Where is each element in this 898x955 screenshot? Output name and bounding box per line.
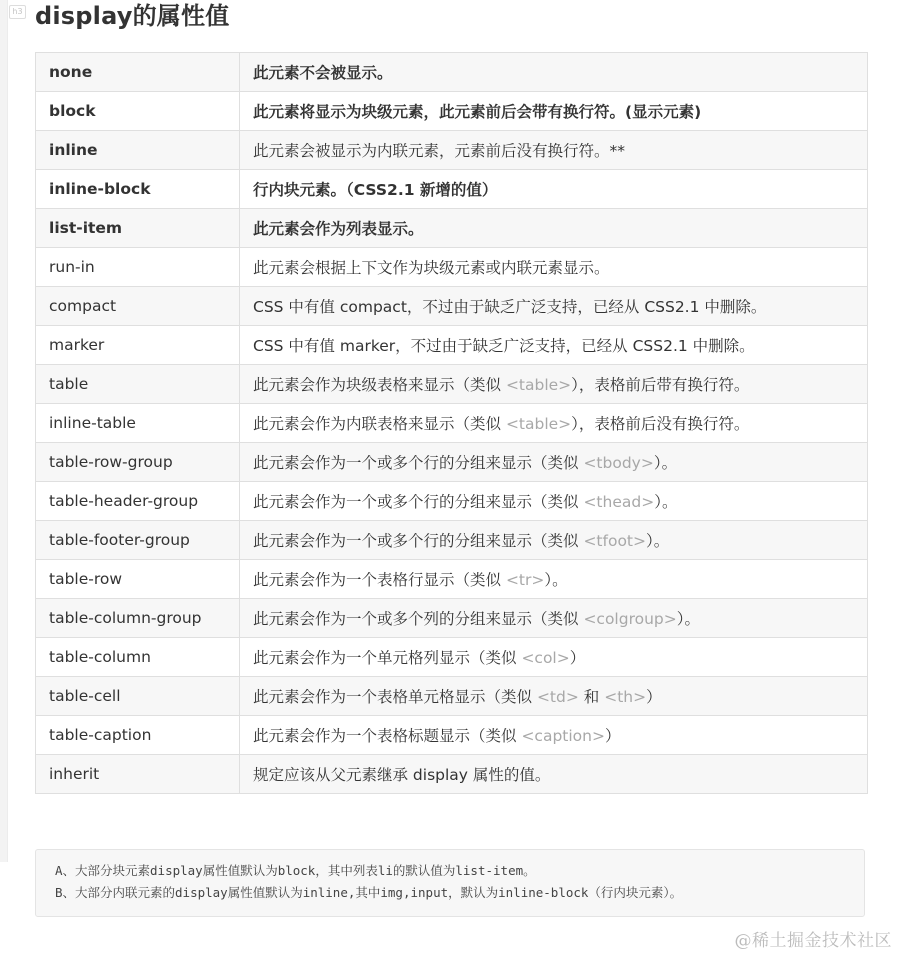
table-row: table-column-group此元素会作为一个或多个列的分组来显示（类似 … <box>36 599 868 638</box>
description-cell: 此元素会作为内联表格来显示（类似 <table>），表格前后没有换行符。 <box>240 404 868 443</box>
description-cell: 此元素会作为一个或多个行的分组来显示（类似 <thead>）。 <box>240 482 868 521</box>
html-tag-text: <table> <box>506 415 571 433</box>
display-values-table: none此元素不会被显示。block此元素将显示为块级元素，此元素前后会带有换行… <box>35 52 868 794</box>
description-text: 此元素不会被显示。 <box>253 64 393 82</box>
table-row: inline-block行内块元素。（CSS2.1 新增的值） <box>36 170 868 209</box>
html-tag-text: <th> <box>604 688 646 706</box>
description-cell: 此元素会作为列表显示。 <box>240 209 868 248</box>
description-text: 此元素会作为块级表格来显示（类似 <box>253 376 506 394</box>
description-cell: 此元素会作为一个或多个行的分组来显示（类似 <tfoot>）。 <box>240 521 868 560</box>
table-row: compactCSS 中有值 compact，不过由于缺乏广泛支持，已经从 CS… <box>36 287 868 326</box>
left-gutter-strip <box>0 0 8 862</box>
table-row: list-item此元素会作为列表显示。 <box>36 209 868 248</box>
description-text: ） <box>570 649 586 667</box>
description-cell: 行内块元素。（CSS2.1 新增的值） <box>240 170 868 209</box>
display-value-cell: table-caption <box>36 716 240 755</box>
description-text: 此元素会被显示为内联元素，元素前后没有换行符。** <box>253 142 625 160</box>
description-cell: 此元素不会被显示。 <box>240 53 868 92</box>
table-row: none此元素不会被显示。 <box>36 53 868 92</box>
html-tag-text: <td> <box>537 688 579 706</box>
table-row: table-row此元素会作为一个表格行显示（类似 <tr>）。 <box>36 560 868 599</box>
table-row: table-header-group此元素会作为一个或多个行的分组来显示（类似 … <box>36 482 868 521</box>
description-text: ）。 <box>654 454 677 472</box>
table-row: table-caption此元素会作为一个表格标题显示（类似 <caption>… <box>36 716 868 755</box>
html-tag-text: <tr> <box>506 571 544 589</box>
description-cell: 此元素会作为一个单元格列显示（类似 <col>） <box>240 638 868 677</box>
table-row: block此元素将显示为块级元素，此元素前后会带有换行符。(显示元素) <box>36 92 868 131</box>
description-text: ），表格前后带有换行符。 <box>571 376 749 394</box>
description-cell: 规定应该从父元素继承 display 属性的值。 <box>240 755 868 794</box>
watermark: @稀土掘金技术社区 <box>735 926 893 951</box>
html-tag-text: <tfoot> <box>583 532 646 550</box>
page-title: display的属性值 <box>35 0 229 32</box>
description-cell: 此元素会作为块级表格来显示（类似 <table>），表格前后带有换行符。 <box>240 365 868 404</box>
heading-level-badge: h3 <box>9 5 26 19</box>
description-text: 此元素会根据上下文作为块级元素或内联元素显示。 <box>253 259 610 277</box>
display-value-cell: marker <box>36 326 240 365</box>
description-cell: 此元素会作为一个表格行显示（类似 <tr>）。 <box>240 560 868 599</box>
description-cell: 此元素会作为一个表格单元格显示（类似 <td> 和 <th>） <box>240 677 868 716</box>
display-value-cell: none <box>36 53 240 92</box>
description-text: 规定应该从父元素继承 display 属性的值。 <box>253 766 550 784</box>
table-row: run-in此元素会根据上下文作为块级元素或内联元素显示。 <box>36 248 868 287</box>
description-text: ），表格前后没有换行符。 <box>571 415 749 433</box>
table-row: inline此元素会被显示为内联元素，元素前后没有换行符。** <box>36 131 868 170</box>
html-tag-text: <caption> <box>521 727 605 745</box>
description-cell: 此元素会根据上下文作为块级元素或内联元素显示。 <box>240 248 868 287</box>
display-value-cell: inline-table <box>36 404 240 443</box>
description-cell: CSS 中有值 marker，不过由于缺乏广泛支持，已经从 CSS2.1 中删除… <box>240 326 868 365</box>
description-text: ）。 <box>677 610 700 628</box>
table-body: none此元素不会被显示。block此元素将显示为块级元素，此元素前后会带有换行… <box>36 53 868 794</box>
description-text: 此元素会作为一个表格行显示（类似 <box>253 571 506 589</box>
description-text: 此元素会作为一个或多个行的分组来显示（类似 <box>253 532 583 550</box>
display-value-cell: table-row <box>36 560 240 599</box>
description-text: ）。 <box>654 493 677 511</box>
table-row: table-footer-group此元素会作为一个或多个行的分组来显示（类似 … <box>36 521 868 560</box>
html-tag-text: <table> <box>506 376 571 394</box>
html-tag-text: <tbody> <box>583 454 653 472</box>
description-text: 此元素会作为一个或多个行的分组来显示（类似 <box>253 454 583 472</box>
description-text: 和 <box>579 688 604 706</box>
description-text: 此元素会作为一个表格标题显示（类似 <box>253 727 521 745</box>
display-value-cell: run-in <box>36 248 240 287</box>
display-value-cell: table-header-group <box>36 482 240 521</box>
description-cell: 此元素会作为一个或多个列的分组来显示（类似 <colgroup>）。 <box>240 599 868 638</box>
display-value-cell: inline-block <box>36 170 240 209</box>
description-text: 行内块元素。（CSS2.1 新增的值） <box>253 181 497 199</box>
description-text: ）。 <box>544 571 567 589</box>
html-tag-text: <thead> <box>583 493 654 511</box>
display-value-cell: table-column-group <box>36 599 240 638</box>
description-cell: 此元素会作为一个或多个行的分组来显示（类似 <tbody>）。 <box>240 443 868 482</box>
display-value-cell: table <box>36 365 240 404</box>
display-value-cell: compact <box>36 287 240 326</box>
table-row: table-cell此元素会作为一个表格单元格显示（类似 <td> 和 <th>… <box>36 677 868 716</box>
description-cell: CSS 中有值 compact，不过由于缺乏广泛支持，已经从 CSS2.1 中删… <box>240 287 868 326</box>
note-code-block: A、大部分块元素display属性值默认为block，其中列表li的默认值为li… <box>35 849 865 917</box>
description-text: 此元素会作为一个表格单元格显示（类似 <box>253 688 537 706</box>
description-text: CSS 中有值 compact，不过由于缺乏广泛支持，已经从 CSS2.1 中删… <box>253 298 766 316</box>
display-value-cell: block <box>36 92 240 131</box>
display-value-cell: table-column <box>36 638 240 677</box>
description-cell: 此元素会作为一个表格标题显示（类似 <caption>） <box>240 716 868 755</box>
table-row: table-column此元素会作为一个单元格列显示（类似 <col>） <box>36 638 868 677</box>
display-value-cell: table-cell <box>36 677 240 716</box>
html-tag-text: <colgroup> <box>583 610 676 628</box>
display-value-cell: list-item <box>36 209 240 248</box>
table-row: inline-table此元素会作为内联表格来显示（类似 <table>），表格… <box>36 404 868 443</box>
note-line-a: A、大部分块元素display属性值默认为block，其中列表li的默认值为li… <box>55 860 864 882</box>
note-line-b: B、大部分内联元素的display属性值默认为inline,其中img,inpu… <box>55 882 864 904</box>
description-text: 此元素会作为内联表格来显示（类似 <box>253 415 506 433</box>
description-text: CSS 中有值 marker，不过由于缺乏广泛支持，已经从 CSS2.1 中删除… <box>253 337 755 355</box>
html-tag-text: <col> <box>521 649 569 667</box>
display-value-cell: inherit <box>36 755 240 794</box>
description-text: 此元素会作为一个单元格列显示（类似 <box>253 649 521 667</box>
description-text: ）。 <box>646 532 669 550</box>
description-text: 此元素将显示为块级元素，此元素前后会带有换行符。(显示元素) <box>253 103 701 121</box>
table-row: markerCSS 中有值 marker，不过由于缺乏广泛支持，已经从 CSS2… <box>36 326 868 365</box>
description-text: ） <box>605 727 621 745</box>
display-value-cell: table-footer-group <box>36 521 240 560</box>
description-cell: 此元素将显示为块级元素，此元素前后会带有换行符。(显示元素) <box>240 92 868 131</box>
description-text: 此元素会作为一个或多个列的分组来显示（类似 <box>253 610 583 628</box>
table-row: table-row-group此元素会作为一个或多个行的分组来显示（类似 <tb… <box>36 443 868 482</box>
description-text: 此元素会作为列表显示。 <box>253 220 424 238</box>
description-cell: 此元素会被显示为内联元素，元素前后没有换行符。** <box>240 131 868 170</box>
table-row: table此元素会作为块级表格来显示（类似 <table>），表格前后带有换行符… <box>36 365 868 404</box>
table-row: inherit规定应该从父元素继承 display 属性的值。 <box>36 755 868 794</box>
description-text: ） <box>646 688 662 706</box>
display-value-cell: inline <box>36 131 240 170</box>
display-value-cell: table-row-group <box>36 443 240 482</box>
description-text: 此元素会作为一个或多个行的分组来显示（类似 <box>253 493 583 511</box>
